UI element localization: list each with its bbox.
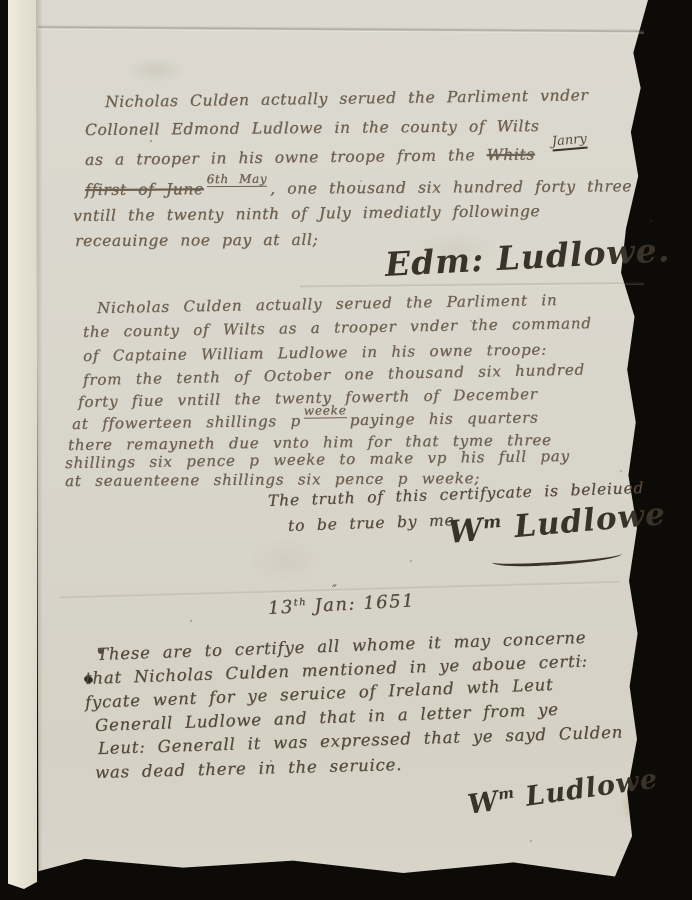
interlinear-insertion: weeke [304,403,347,419]
interlinear-insertion: 6th May [207,172,268,187]
date-day: 13 [267,597,294,619]
line-text: payinge his quarters [350,408,539,429]
manuscript-line: receauinge noe pay at all; [75,231,318,250]
facing-page-edge [8,0,37,889]
manuscript-photo: Nicholas Culden actually serued the Parl… [0,0,692,900]
signature-superscript: m [482,512,503,534]
interlinear-insertion: Janry [551,132,587,152]
manuscript-line: ffirst of June6th May, one thousand six … [85,177,632,199]
signature-initial: W [446,512,485,551]
ink-specks [150,140,152,142]
line-text: , one thousand six hundred forty three [270,177,632,198]
struck-phrase: ffirst of June [85,180,204,199]
signature-initial: W [466,786,501,821]
date-suffix: th [293,597,307,609]
line-text: at ffowerteen shillings p [72,412,301,433]
struck-word: Whits [487,146,535,165]
